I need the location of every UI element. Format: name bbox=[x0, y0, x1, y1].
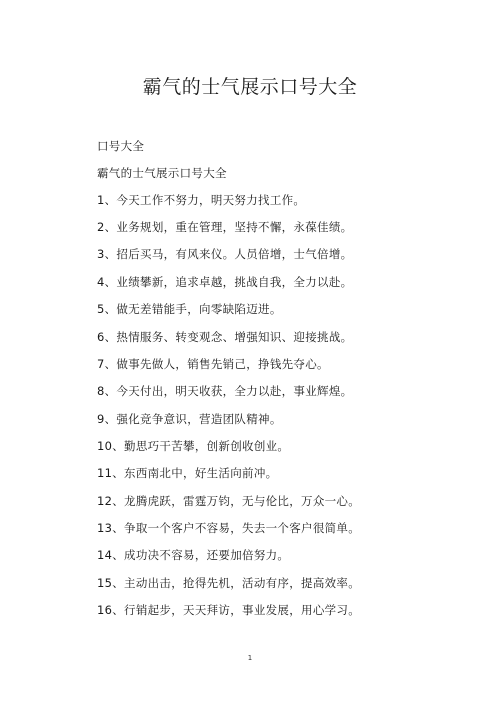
slogan-item: 10、勤思巧干苦攀，创新创收创业。 bbox=[97, 438, 289, 454]
slogan-item: 7、做事先做人，销售先销己，挣钱先夺心。 bbox=[97, 356, 329, 372]
slogan-item: 14、成功决不容易，还要加倍努力。 bbox=[97, 547, 289, 563]
slogan-item: 8、今天付出，明天收获，全力以赴，事业辉煌。 bbox=[97, 383, 352, 399]
slogan-item: 1、今天工作不努力，明天努力找工作。 bbox=[97, 192, 305, 208]
slogan-item: 15、主动出击，抢得先机，活动有序，提高效率。 bbox=[97, 575, 360, 591]
slogan-item: 16、行销起步，天天拜访，事业发展，用心学习。 bbox=[97, 602, 360, 618]
slogan-item: 6、热情服务、转变观念、增强知识、迎接挑战。 bbox=[97, 329, 352, 345]
slogan-item: 9、强化竞争意识，营造团队精神。 bbox=[97, 411, 282, 427]
slogan-item: 12、龙腾虎跃，雷霆万钧，无与伦比，万众一心。 bbox=[97, 493, 360, 509]
slogan-item: 5、做无差错能手，向零缺陷迈进。 bbox=[97, 301, 282, 317]
slogan-item: 2、业务规划，重在管理，坚持不懈，永葆佳绩。 bbox=[97, 219, 352, 235]
slogan-item: 4、业绩攀新，追求卓越，挑战自我，全力以赴。 bbox=[97, 274, 352, 290]
page-number: 1 bbox=[0, 654, 500, 662]
slogan-item: 11、东西南北中，好生活向前冲。 bbox=[97, 465, 277, 481]
document-page: 霸气的士气展示口号大全 口号大全 霸气的士气展示口号大全 1、今天工作不努力，明… bbox=[0, 0, 500, 708]
subheading: 霸气的士气展示口号大全 bbox=[97, 165, 227, 181]
document-title: 霸气的士气展示口号大全 bbox=[0, 74, 500, 100]
slogan-item: 13、争取一个客户不容易，失去一个客户很简单。 bbox=[97, 520, 360, 536]
slogan-item: 3、招后买马，有风来仪。人员倍增，士气倍增。 bbox=[97, 246, 352, 262]
section-heading: 口号大全 bbox=[97, 138, 144, 154]
